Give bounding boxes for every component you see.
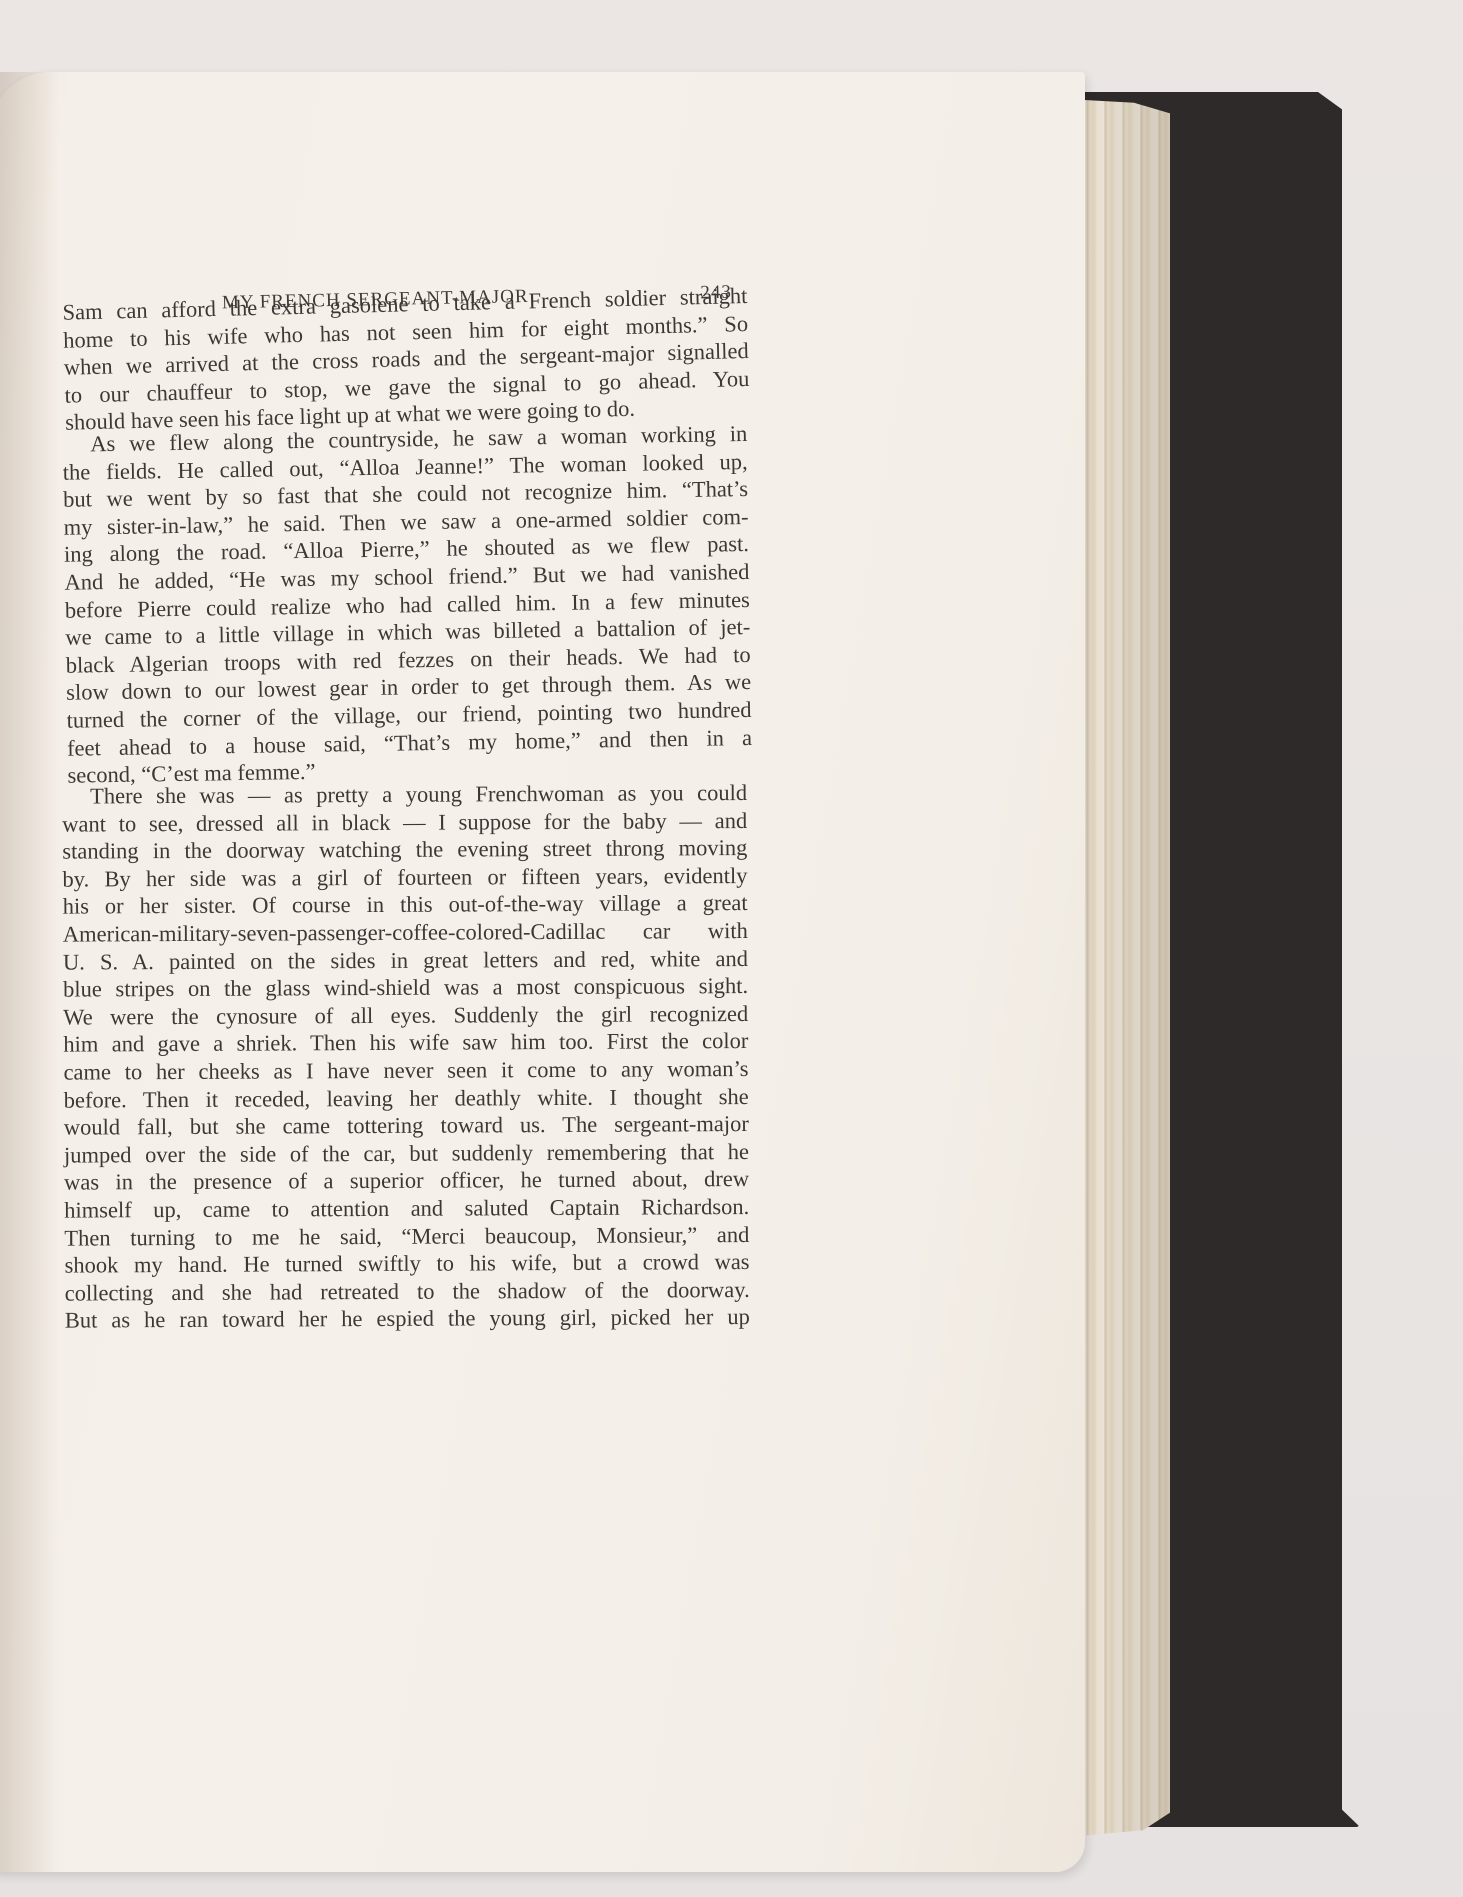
text-line: Then turning to me he said, “Merci beauc… (64, 1220, 749, 1251)
text-line: him and gave a shriek. Then his wife saw… (63, 1027, 748, 1058)
text-line: himself up, came to attention and salute… (64, 1193, 749, 1224)
text-line: U. S. A. painted on the sides in great l… (63, 944, 748, 975)
paragraph-3: There she was — as pretty a young French… (62, 779, 750, 1334)
text-line: We were the cynosure of all eyes. Sudden… (63, 999, 748, 1030)
page-gutter-shadow (0, 72, 60, 1872)
text-line: But as he ran toward her he espied the y… (65, 1303, 750, 1334)
text-line: would fall, but she came tottering towar… (64, 1110, 749, 1141)
text-line: his or her sister. Of course in this out… (63, 889, 748, 920)
text-line: shook my hand. He turned swiftly to his … (64, 1248, 749, 1279)
text-line: standing in the doorway watching the eve… (62, 834, 747, 865)
paragraph-1: Sam can afford the extra gasolene to tak… (62, 282, 750, 437)
text-line: came to her cheeks as I have never seen … (63, 1055, 748, 1086)
body-text: Sam can afford the extra gasolene to tak… (62, 282, 747, 1331)
text-line: collecting and she had retreated to the … (65, 1275, 750, 1306)
text-line: was in the presence of a superior office… (64, 1165, 749, 1196)
text-line: There she was — as pretty a young French… (62, 779, 747, 810)
text-line: jumped over the side of the car, but sud… (64, 1137, 749, 1168)
text-line: American-military-seven-passenger-coffee… (63, 917, 748, 948)
text-line: want to see, dressed all in black — I su… (62, 806, 747, 837)
text-line: before. Then it receded, leaving her dea… (64, 1082, 749, 1113)
text-line: blue stripes on the glass wind-shield wa… (63, 972, 748, 1003)
photo-scene: MY FRENCH SERGEANT-MAJOR 243 Sam can aff… (0, 0, 1463, 1897)
text-line: by. By her side was a girl of fourteen o… (62, 861, 747, 892)
paragraph-2: As we flew along the countryside, he saw… (62, 420, 753, 789)
